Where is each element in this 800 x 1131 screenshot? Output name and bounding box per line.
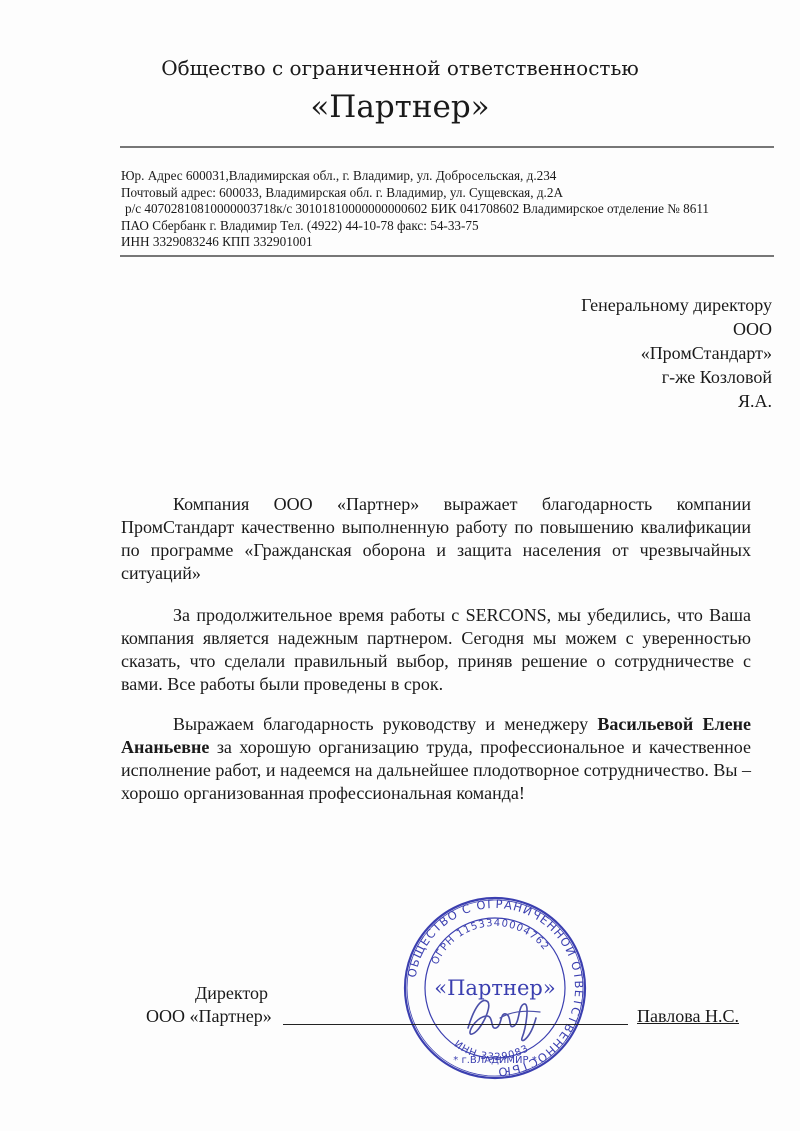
org-legal-form: Общество с ограниченной ответственностью: [0, 56, 800, 80]
body-paragraph-3: Выражаем благодарность руководству и мен…: [121, 713, 751, 805]
paragraph-text-start: Выражаем благодарность руководству и мен…: [173, 714, 597, 734]
addressee-position: Генеральному директору: [581, 293, 772, 317]
addressee-org-name: «ПромСтандарт»: [581, 341, 772, 365]
org-name: «Партнер»: [0, 89, 800, 125]
svg-text:* г.ВЛАДИМИР *: * г.ВЛАДИМИР *: [453, 1055, 536, 1066]
paragraph-text-end: за хорошую организацию труда, профессион…: [121, 737, 751, 803]
letter-page: Общество с ограниченной ответственностью…: [0, 0, 800, 1131]
inn-kpp: ИНН 3329083246 КПП 332901001: [121, 234, 709, 251]
signatory-title: Директор: [195, 983, 268, 1004]
legal-address: Юр. Адрес 600031,Владимирская обл., г. В…: [121, 168, 709, 185]
addressee-block: Генеральному директору ООО «ПромСтандарт…: [581, 293, 772, 413]
addressee-initials: Я.А.: [581, 389, 772, 413]
addressee-org-form: ООО: [581, 317, 772, 341]
bank-phone-fax: ПАО Сбербанк г. Владимир Тел. (4922) 44-…: [121, 218, 709, 235]
letterhead-bottom-rule: [120, 255, 774, 257]
body-paragraph-1: Компания ООО «Партнер» выражает благодар…: [121, 493, 751, 585]
bank-accounts: р/с 40702810810000003718к/с 301018100000…: [121, 201, 709, 218]
signatory-name: Павлова Н.С.: [637, 1006, 739, 1027]
body-paragraph-2: За продолжительное время работы с SERCON…: [121, 604, 751, 696]
signatory-company: ООО «Партнер»: [146, 1006, 272, 1027]
addressee-surname: г-же Козловой: [581, 365, 772, 389]
postal-address: Почтовый адрес: 600033, Владимирская обл…: [121, 185, 709, 202]
signature-line: [283, 1024, 628, 1025]
org-requisites: Юр. Адрес 600031,Владимирская обл., г. В…: [121, 168, 709, 251]
paragraph-text: Компания ООО «Партнер» выражает благодар…: [121, 493, 751, 585]
letterhead-top-rule: [120, 146, 774, 148]
paragraph-text: Выражаем благодарность руководству и мен…: [121, 713, 751, 805]
handwritten-signature-icon: [460, 988, 550, 1048]
paragraph-text: За продолжительное время работы с SERCON…: [121, 604, 751, 696]
